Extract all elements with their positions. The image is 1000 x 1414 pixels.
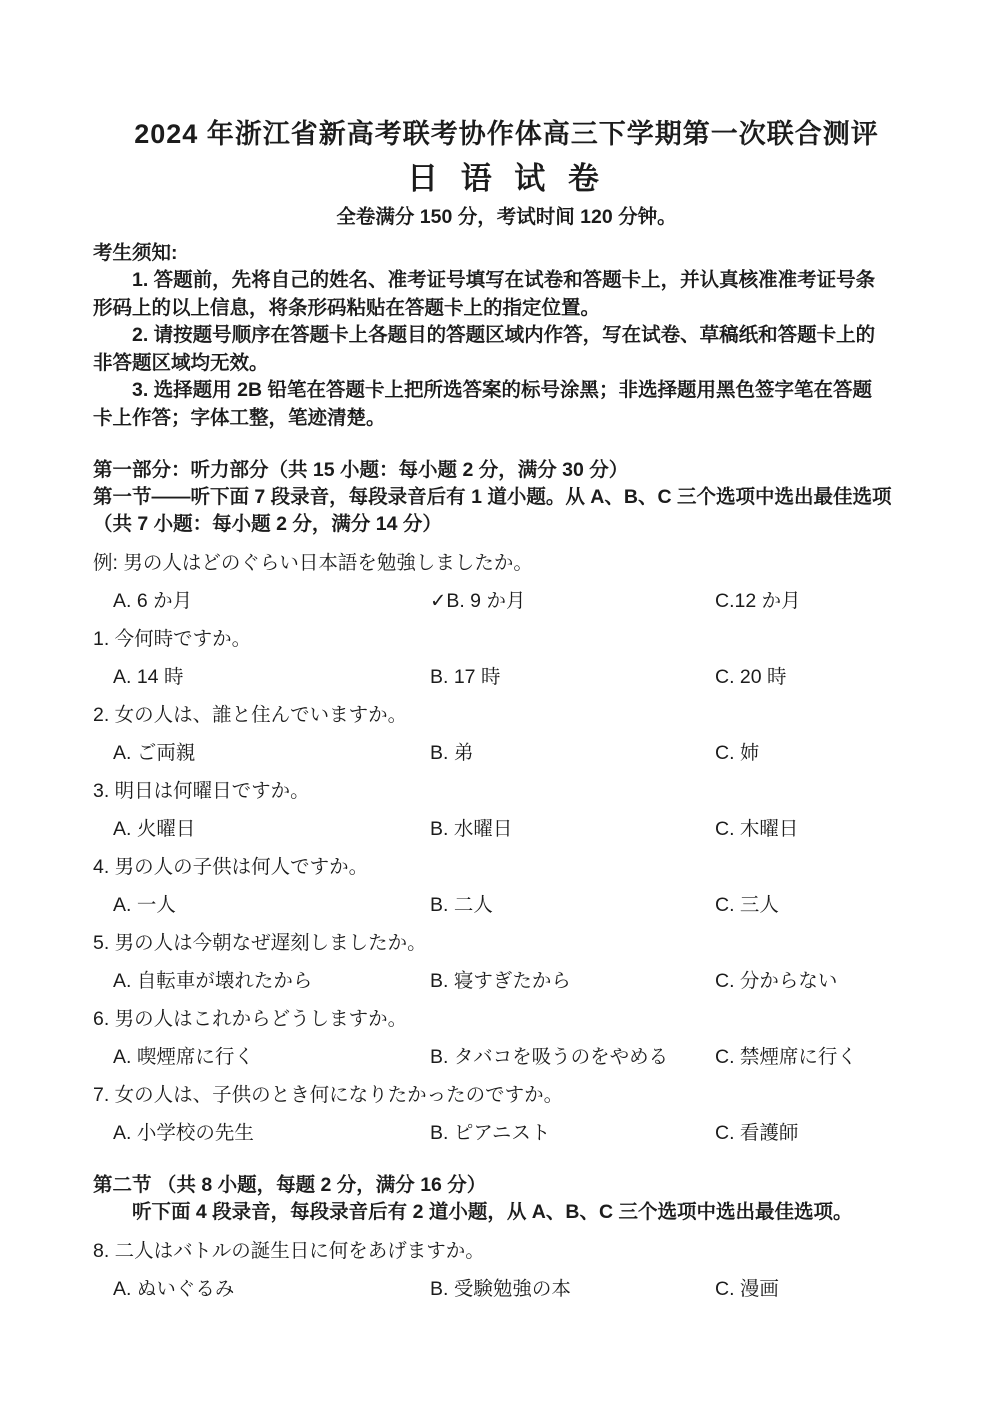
part1-section1-line-1: 第一节——听下面 7 段录音，每段录音后有 1 道小题。从 A、B、C 三个选项…: [93, 484, 920, 511]
part1-section1-line-2: （共 7 小题：每小题 2 分，满分 14 分）: [93, 511, 920, 538]
question-block-3: 3. 明日は何曜日ですか。 A. 火曜日 B. 水曜日 C. 木曜日: [93, 778, 920, 842]
question-block-8: 8. 二人はバトルの誕生日に何をあげますか。 A. ぬいぐるみ B. 受験勉強の…: [93, 1238, 920, 1302]
options-row: A. 火曜日 B. 水曜日 C. 木曜日: [93, 816, 920, 842]
option-b: B. タバコを吸うのをやめる: [430, 1044, 715, 1070]
option-b: B. 受験勉強の本: [430, 1276, 715, 1302]
option-a: A. 自転車が壊れたから: [113, 968, 430, 994]
option-b: B. 水曜日: [430, 816, 715, 842]
option-a: A. ぬいぐるみ: [113, 1276, 430, 1302]
option-c: C. 三人: [715, 892, 920, 918]
options-row: A. ご両親 B. 弟 C. 姉: [93, 740, 920, 766]
notice-item-1-line-2: 形码上的以上信息，将条形码粘贴在答题卡上的指定位置。: [93, 295, 920, 323]
option-c: C. 禁煙席に行く: [715, 1044, 920, 1070]
options-row: A. 14 時 B. 17 時 C. 20 時: [93, 664, 920, 690]
option-a: A. 喫煙席に行く: [113, 1044, 430, 1070]
option-a: A. 小学校の先生: [113, 1120, 430, 1146]
option-b: B. 寝すぎたから: [430, 968, 715, 994]
options-row: A. 自転車が壊れたから B. 寝すぎたから C. 分からない: [93, 968, 920, 994]
notice-item-3-line-2: 卡上作答；字体工整，笔迹清楚。: [93, 405, 920, 433]
option-b: B. 17 時: [430, 664, 715, 690]
question-block-7: 7. 女の人は、子供のとき何になりたかったのですか。 A. 小学校の先生 B. …: [93, 1082, 920, 1146]
notice-label: 考生须知:: [93, 240, 920, 267]
question-text: 2. 女の人は、誰と住んでいますか。: [93, 702, 920, 728]
options-row: A. 小学校の先生 B. ピアニスト C. 看護師: [93, 1120, 920, 1146]
exam-info: 全卷满分 150 分，考试时间 120 分钟。: [93, 204, 920, 231]
option-c: C. 木曜日: [715, 816, 920, 842]
question-block-5: 5. 男の人は今朝なぜ遅刻しましたか。 A. 自転車が壊れたから B. 寝すぎた…: [93, 930, 920, 994]
options-row: A. ぬいぐるみ B. 受験勉強の本 C. 漫画: [93, 1276, 920, 1302]
notice-item-3-line-1: 3. 选择题用 2B 铅笔在答题卡上把所选答案的标号涂黑；非选择题用黑色签字笔在…: [93, 377, 920, 405]
example-question-block: 例: 男の人はどのぐらい日本語を勉強しましたか。 A. 6 か月 ✓B. 9 か…: [93, 550, 920, 614]
question-text: 8. 二人はバトルの誕生日に何をあげますか。: [93, 1238, 920, 1264]
question-text: 6. 男の人はこれからどうしますか。: [93, 1006, 920, 1032]
question-text: 5. 男の人は今朝なぜ遅刻しましたか。: [93, 930, 920, 956]
question-text: 7. 女の人は、子供のとき何になりたかったのですか。: [93, 1082, 920, 1108]
question-text: 1. 今何時ですか。: [93, 626, 920, 652]
part1-heading: 第一部分：听力部分（共 15 小题：每小题 2 分，满分 30 分）: [93, 457, 920, 484]
example-option-a: A. 6 か月: [113, 588, 430, 614]
example-option-b-checked: ✓B. 9 か月: [430, 588, 715, 614]
option-c: C. 20 時: [715, 664, 920, 690]
subject-title: 日 语 试 卷: [93, 157, 920, 201]
option-c: C. 漫画: [715, 1276, 920, 1302]
option-c: C. 姉: [715, 740, 920, 766]
question-block-1: 1. 今何時ですか。 A. 14 時 B. 17 時 C. 20 時: [93, 626, 920, 690]
example-options-row: A. 6 か月 ✓B. 9 か月 C.12 か月: [93, 588, 920, 614]
notice-item-1-line-1: 1. 答题前，先将自己的姓名、准考证号填写在试卷和答题卡上，并认真核准准考证号条: [93, 267, 920, 295]
example-question-text: 例: 男の人はどのぐらい日本語を勉強しましたか。: [93, 550, 920, 576]
question-block-6: 6. 男の人はこれからどうしますか。 A. 喫煙席に行く B. タバコを吸うのを…: [93, 1006, 920, 1070]
notice-item-2-line-2: 非答题区域均无效。: [93, 350, 920, 378]
question-text: 3. 明日は何曜日ですか。: [93, 778, 920, 804]
question-block-4: 4. 男の人の子供は何人ですか。 A. 一人 B. 二人 C. 三人: [93, 854, 920, 918]
section2-instruction: 听下面 4 段录音，每段录音后有 2 道小题，从 A、B、C 三个选项中选出最佳…: [93, 1199, 920, 1226]
option-a: A. 一人: [113, 892, 430, 918]
example-option-c: C.12 か月: [715, 588, 920, 614]
option-c: C. 看護師: [715, 1120, 920, 1146]
question-text: 4. 男の人の子供は何人ですか。: [93, 854, 920, 880]
option-a: A. 14 時: [113, 664, 430, 690]
option-b: B. ピアニスト: [430, 1120, 715, 1146]
option-a: A. ご両親: [113, 740, 430, 766]
section2-heading: 第二节 （共 8 小题，每题 2 分，满分 16 分）: [93, 1172, 920, 1199]
option-c: C. 分からない: [715, 968, 920, 994]
option-a: A. 火曜日: [113, 816, 430, 842]
question-block-2: 2. 女の人は、誰と住んでいますか。 A. ご両親 B. 弟 C. 姉: [93, 702, 920, 766]
option-b: B. 二人: [430, 892, 715, 918]
options-row: A. 一人 B. 二人 C. 三人: [93, 892, 920, 918]
options-row: A. 喫煙席に行く B. タバコを吸うのをやめる C. 禁煙席に行く: [93, 1044, 920, 1070]
option-b: B. 弟: [430, 740, 715, 766]
page-title: 2024 年浙江省新高考联考协作体高三下学期第一次联合测评: [93, 116, 920, 152]
notice-item-2-line-1: 2. 请按题号顺序在答题卡上各题目的答题区域内作答，写在试卷、草稿纸和答题卡上的: [93, 322, 920, 350]
exam-page: 2024 年浙江省新高考联考协作体高三下学期第一次联合测评 日 语 试 卷 全卷…: [0, 0, 1000, 1302]
